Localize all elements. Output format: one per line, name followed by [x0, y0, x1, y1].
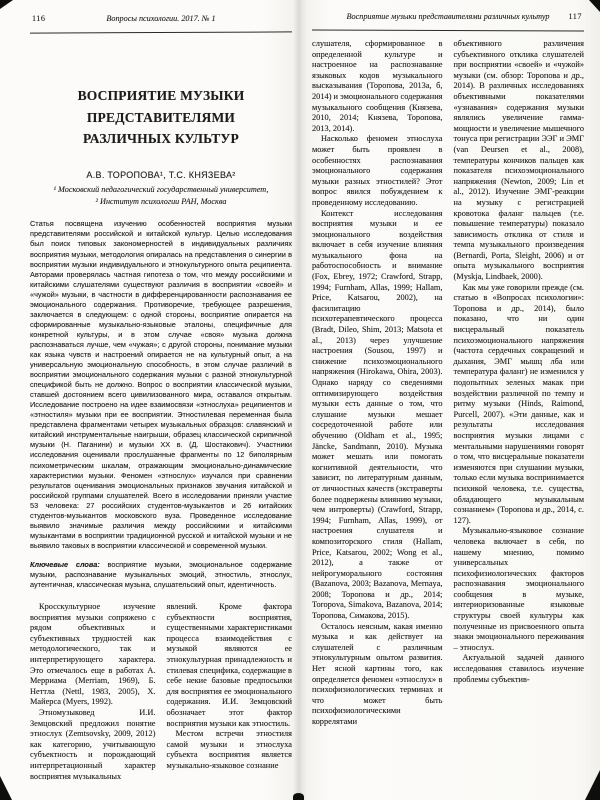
paragraph: Как мы уже говорили прежде (см. статью в… [454, 283, 585, 527]
affiliation-1: ¹ Московский педагогический государствен… [30, 184, 292, 196]
column-1: Кросскультурное изучение восприятия музы… [30, 602, 156, 780]
article-title-line1: ВОСПРИЯТИЕ МУЗЫКИ ПРЕДСТАВИТЕЛЯМИ [30, 85, 292, 128]
paragraph: Музыкально-языковое сознание человека вк… [454, 526, 585, 653]
abstract: Статья посвящена изучению особенностей в… [30, 219, 292, 551]
paragraph: Актуальной задачей данного исследования … [454, 653, 585, 685]
paragraph: Контекст исследования восприятия музыки … [312, 209, 443, 622]
paragraph: слушателя, сформированное в определенной… [312, 39, 443, 134]
article-title: ВОСПРИЯТИЕ МУЗЫКИ ПРЕДСТАВИТЕЛЯМИ РАЗЛИЧ… [30, 85, 292, 150]
paragraph: Насколько феномен этнослуха может быть п… [312, 134, 443, 208]
header-rule-left [30, 31, 292, 33]
paragraph: Осталось неясным, какая именно музыка и … [312, 622, 443, 728]
column-2: явлений. Кроме фактора субъектности восп… [167, 602, 293, 780]
page-left: 116 Вопросы психологии. 2017. № 1 ВОСПРИ… [0, 0, 300, 800]
running-title-left: Вопросы психологии. 2017. № 1 [30, 12, 292, 23]
authors: А.В. ТОРОПОВА¹, Т.С. КНЯЗЕВА² [30, 170, 292, 180]
body-columns-right-page: слушателя, сформированное в определенной… [312, 39, 584, 791]
running-head-right: Восприятие музыки представителями различ… [312, 10, 584, 28]
body-columns-left-page: Кросскультурное изучение восприятия музы… [30, 602, 292, 780]
page-gutter-shadow [293, 0, 307, 800]
paragraph: Кросскультурное изучение восприятия музы… [30, 602, 156, 708]
running-title-right: Восприятие музыки представителями различ… [312, 10, 584, 21]
page-number-right: 117 [569, 12, 582, 21]
keywords: Ключевые слова: восприятие музыки, эмоци… [30, 560, 292, 590]
column-1: слушателя, сформированное в определенной… [312, 39, 443, 791]
affiliations: ¹ Московский педагогический государствен… [30, 184, 292, 209]
paragraph: объективного различения субъективного от… [454, 39, 585, 283]
scan-gutter-artifact [293, 793, 304, 800]
journal-spread: 116 Вопросы психологии. 2017. № 1 ВОСПРИ… [0, 0, 600, 800]
paragraph: Местом встречи этностиля самой музыки и … [167, 729, 293, 771]
running-head-left: 116 Вопросы психологии. 2017. № 1 [30, 12, 292, 30]
keywords-label: Ключевые слова: [30, 560, 100, 569]
page-number-left: 116 [32, 14, 45, 23]
page-right: Восприятие музыки представителями различ… [300, 0, 600, 800]
article-title-line2: РАЗЛИЧНЫХ КУЛЬТУР [30, 128, 292, 150]
paragraph: Этномузыковед И.И. Земцовский предложил … [30, 708, 156, 780]
header-rule-right [312, 30, 584, 32]
affiliation-2: ² Институт психологии РАН, Москва [30, 196, 292, 208]
paragraph: явлений. Кроме фактора субъектности восп… [167, 602, 293, 729]
column-2: объективного различения субъективного от… [454, 39, 585, 791]
